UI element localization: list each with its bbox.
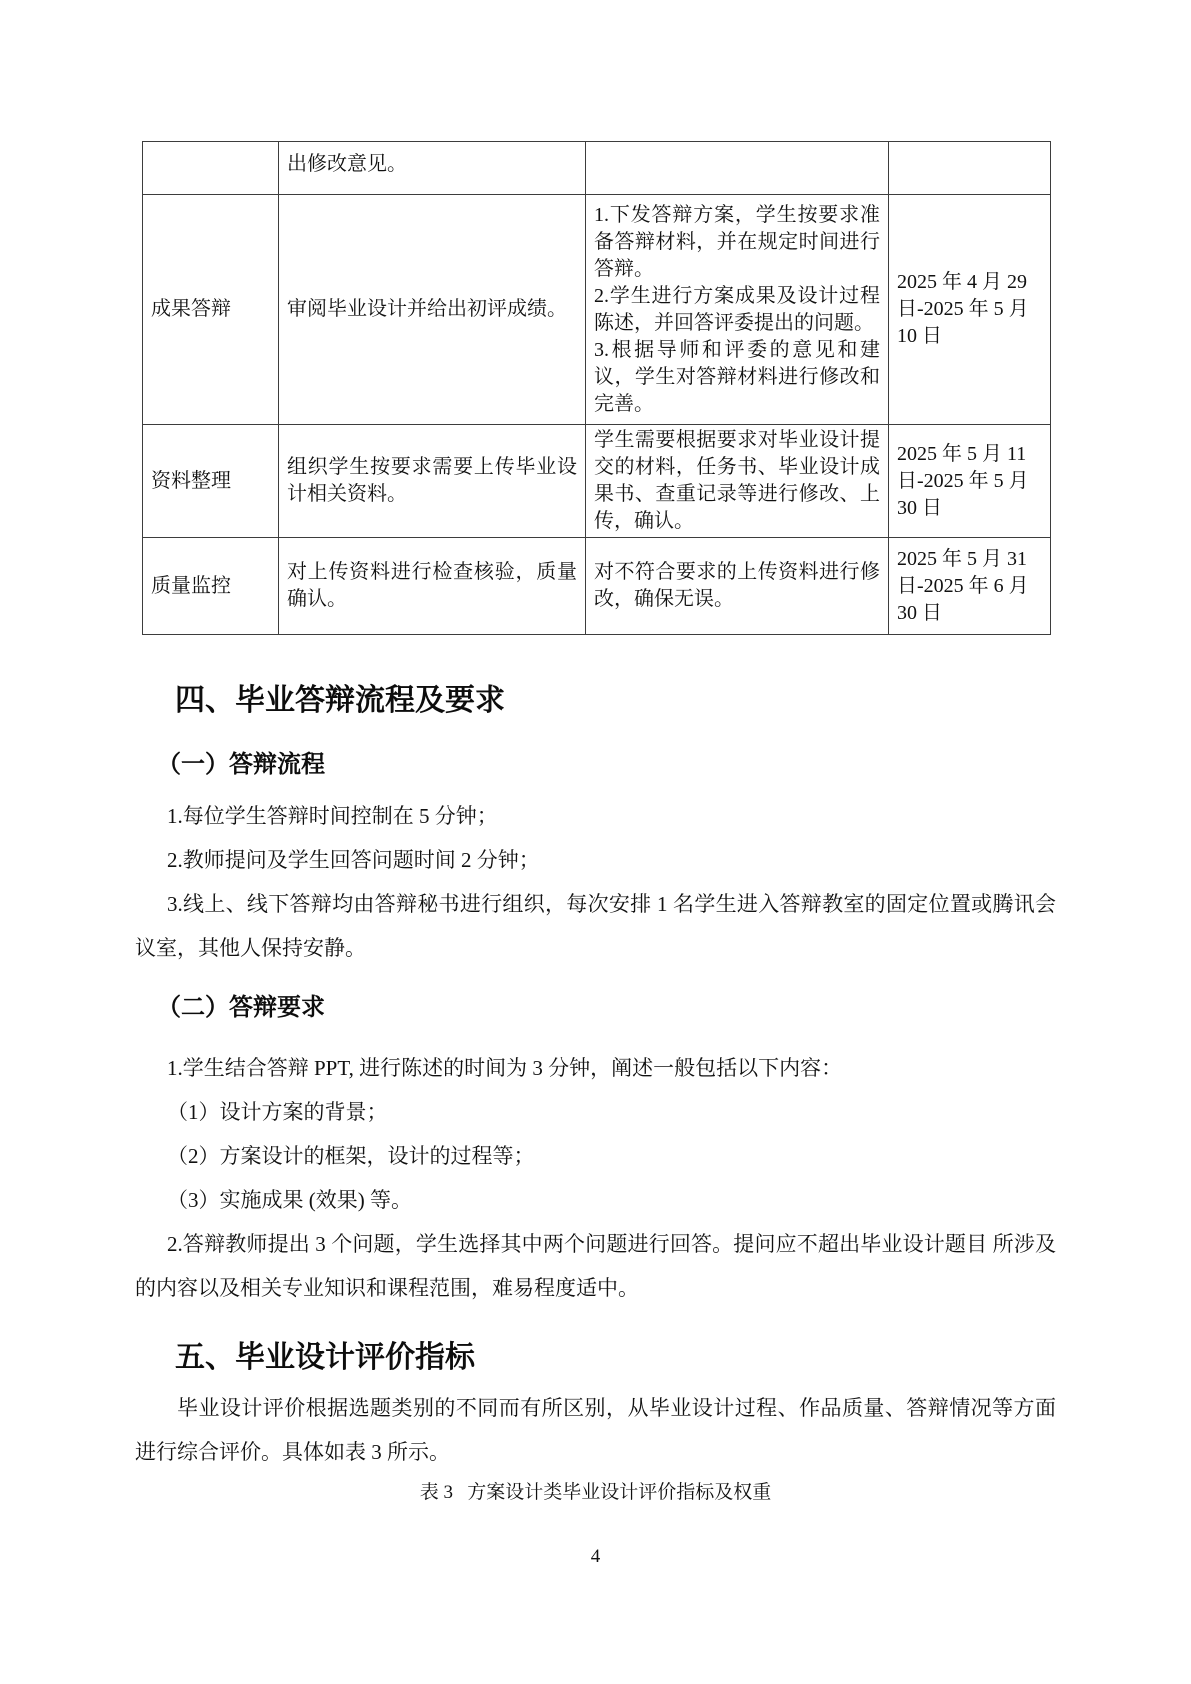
table-row: 质量监控 对上传资料进行检查核验，质量确认。 对不符合要求的上传资料进行修改，确… [143,538,1051,635]
student-task-cell [586,142,889,195]
subsection-4-1-heading: （一）答辩流程 [157,747,1056,783]
mentor-task-cell: 组织学生按要求需要上传毕业设计相关资料。 [279,425,586,538]
list-item: （1）设计方案的背景； [135,1090,1056,1134]
student-task-cell: 对不符合要求的上传资料进行修改，确保无误。 [586,538,889,635]
stage-cell [143,142,279,195]
page-number: 4 [135,1544,1056,1570]
stage-cell: 资料整理 [143,425,279,538]
list-item: 2.答辩教师提出 3 个问题，学生选择其中两个问题进行回答。提问应不超出毕业设计… [135,1222,1056,1310]
student-task-cell: 1.下发答辩方案，学生按要求准备答辩材料，并在规定时间进行答辩。 2.学生进行方… [586,195,889,425]
stage-cell: 质量监控 [143,538,279,635]
schedule-table: 出修改意见。 成果答辩 审阅毕业设计并给出初评成绩。 1.下发答辩方案，学生按要… [142,141,1051,635]
stage-cell: 成果答辩 [143,195,279,425]
defense-requirements-list: 1.学生结合答辩 PPT, 进行陈述的时间为 3 分钟，阐述一般包括以下内容： … [135,1046,1056,1310]
date-range-cell: 2025 年 5 月 11 日-2025 年 5 月 30 日 [889,425,1051,538]
date-range-cell [889,142,1051,195]
subsection-4-2-heading: （二）答辩要求 [157,990,1056,1026]
mentor-task-cell: 对上传资料进行检查核验，质量确认。 [279,538,586,635]
list-item: 3.线上、线下答辩均由答辩秘书进行组织，每次安排 1 名学生进入答辩教室的固定位… [135,882,1056,970]
table-3-caption: 表 3 方案设计类毕业设计评价指标及权重 [135,1480,1056,1506]
section-5-heading: 五、毕业设计评价指标 [175,1338,1056,1378]
date-range-cell: 2025 年 5 月 31 日-2025 年 6 月 30 日 [889,538,1051,635]
list-item: （2）方案设计的框架，设计的过程等； [135,1134,1056,1178]
paragraph: 毕业设计评价根据选题类别的不同而有所区别，从毕业设计过程、作品质量、答辩情况等方… [135,1386,1056,1474]
date-range-cell: 2025 年 4 月 29 日-2025 年 5 月 10 日 [889,195,1051,425]
list-item: （3）实施成果 (效果) 等。 [135,1178,1056,1222]
section-4-heading: 四、毕业答辩流程及要求 [175,681,1056,721]
table-row: 出修改意见。 [143,142,1051,195]
evaluation-intro: 毕业设计评价根据选题类别的不同而有所区别，从毕业设计过程、作品质量、答辩情况等方… [135,1386,1056,1474]
defense-process-list: 1.每位学生答辩时间控制在 5 分钟； 2.教师提问及学生回答问题时间 2 分钟… [135,794,1056,970]
document-page: 出修改意见。 成果答辩 审阅毕业设计并给出初评成绩。 1.下发答辩方案，学生按要… [0,141,1191,1570]
table-row: 资料整理 组织学生按要求需要上传毕业设计相关资料。 学生需要根据要求对毕业设计提… [143,425,1051,538]
mentor-task-cell: 出修改意见。 [279,142,586,195]
list-item: 1.学生结合答辩 PPT, 进行陈述的时间为 3 分钟，阐述一般包括以下内容： [135,1046,1056,1090]
table-row: 成果答辩 审阅毕业设计并给出初评成绩。 1.下发答辩方案，学生按要求准备答辩材料… [143,195,1051,425]
mentor-task-cell: 审阅毕业设计并给出初评成绩。 [279,195,586,425]
student-task-cell: 学生需要根据要求对毕业设计提交的材料，任务书、毕业设计成果书、查重记录等进行修改… [586,425,889,538]
list-item: 2.教师提问及学生回答问题时间 2 分钟； [135,838,1056,882]
list-item: 1.每位学生答辩时间控制在 5 分钟； [135,794,1056,838]
